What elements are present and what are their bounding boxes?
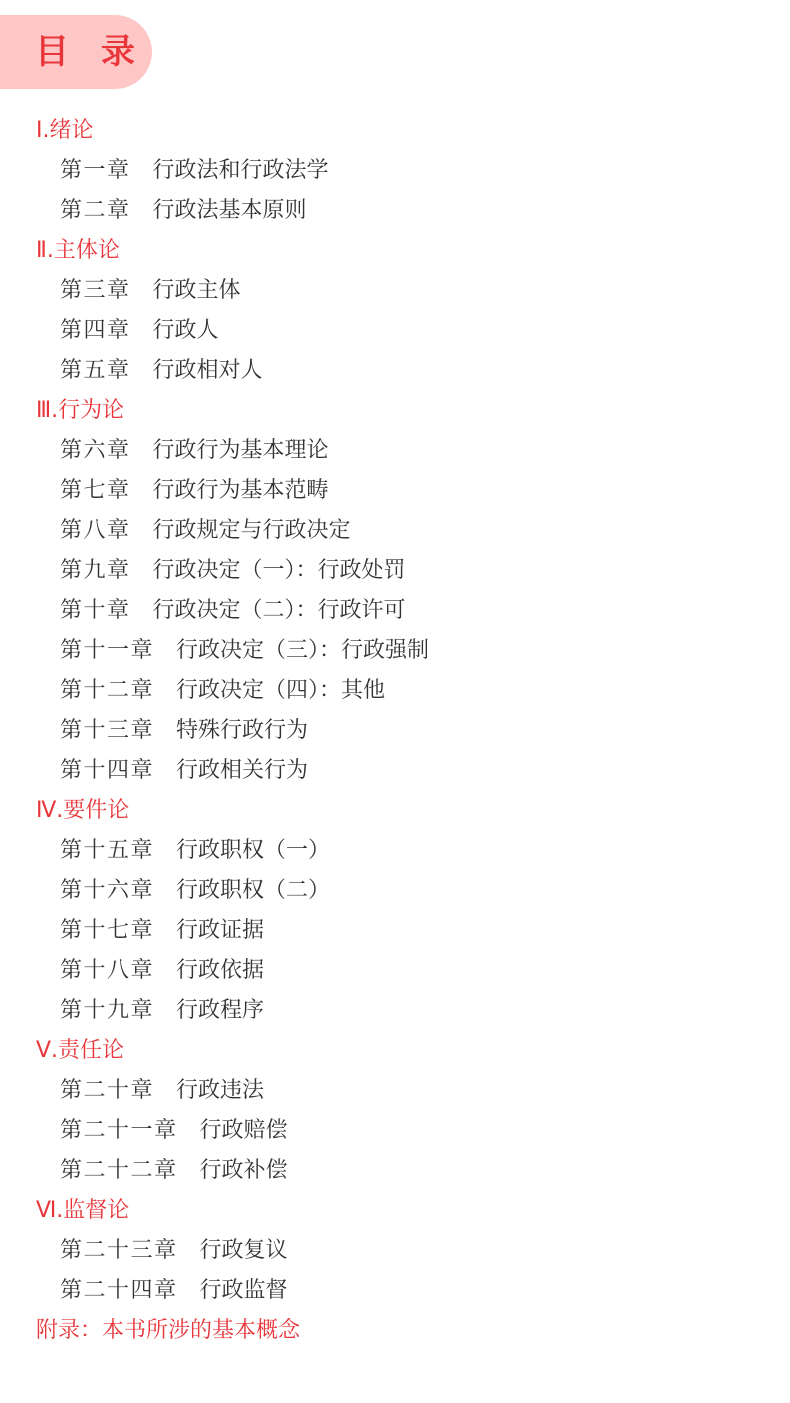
chapter-number: 第二十四章 [60,1271,178,1311]
chapter-title: 行政补偿 [200,1151,288,1191]
chapter-title: 特殊行政行为 [176,711,308,751]
toc-chapter-entry[interactable]: 第十三章特殊行政行为 [0,711,790,751]
chapter-title: 行政职权（二） [176,871,330,911]
toc-chapter-entry[interactable]: 第九章行政决定（一）：行政处罚 [0,551,790,591]
chapter-number: 第十三章 [60,711,154,751]
toc-chapter-entry[interactable]: 第十八章行政依据 [0,951,790,991]
toc-chapter-entry[interactable]: 第二十一章行政赔偿 [0,1111,790,1151]
chapter-number: 第二十章 [60,1071,154,1111]
chapter-title: 行政违法 [176,1071,264,1111]
chapter-title: 行政行为基本理论 [153,431,329,471]
toc-title: 目 录 [35,35,145,69]
toc-chapter-entry[interactable]: 第十五章行政职权（一） [0,831,790,871]
chapter-number: 第十九章 [60,991,154,1031]
toc-section-heading[interactable]: Ⅳ.要件论 [0,791,790,831]
toc-section-heading[interactable]: Ⅴ.责任论 [0,1031,790,1071]
toc-chapter-entry[interactable]: 第六章行政行为基本理论 [0,431,790,471]
toc-title-badge: 目 录 [0,15,152,89]
chapter-number: 第二十一章 [60,1111,178,1151]
toc-chapter-entry[interactable]: 第二十四章行政监督 [0,1271,790,1311]
chapter-title: 行政程序 [176,991,264,1031]
chapter-title: 行政证据 [176,911,264,951]
toc-chapter-entry[interactable]: 第十四章行政相关行为 [0,751,790,791]
toc-section-heading[interactable]: Ⅰ.绪论 [0,111,790,151]
chapter-number: 第七章 [60,471,131,511]
chapter-number: 第十七章 [60,911,154,951]
chapter-title: 行政规定与行政决定 [153,511,351,551]
chapter-title: 行政决定（一）：行政处罚 [153,551,406,591]
toc-section-heading[interactable]: Ⅱ.主体论 [0,231,790,271]
toc-chapter-entry[interactable]: 第五章行政相对人 [0,351,790,391]
chapter-title: 行政行为基本范畴 [153,471,329,511]
chapter-number: 第五章 [60,351,131,391]
chapter-number: 第十四章 [60,751,154,791]
toc-chapter-entry[interactable]: 第十章行政决定（二）：行政许可 [0,591,790,631]
toc-section-heading[interactable]: Ⅲ.行为论 [0,391,790,431]
chapter-number: 第四章 [60,311,131,351]
chapter-title: 行政赔偿 [200,1111,288,1151]
toc-chapter-entry[interactable]: 第十七章行政证据 [0,911,790,951]
chapter-number: 第一章 [60,151,131,191]
chapter-number: 第六章 [60,431,131,471]
table-of-contents: Ⅰ.绪论第一章行政法和行政法学第二章行政法基本原则Ⅱ.主体论第三章行政主体第四章… [0,111,790,1351]
chapter-title: 行政监督 [200,1271,288,1311]
chapter-title: 行政决定（四）：其他 [176,671,385,711]
chapter-title: 行政复议 [200,1231,288,1271]
toc-chapter-entry[interactable]: 第十一章行政决定（三）：行政强制 [0,631,790,671]
chapter-number: 第十章 [60,591,131,631]
chapter-number: 第二十三章 [60,1231,178,1271]
toc-chapter-entry[interactable]: 第二十三章行政复议 [0,1231,790,1271]
toc-chapter-entry[interactable]: 第三章行政主体 [0,271,790,311]
toc-chapter-entry[interactable]: 第十六章行政职权（二） [0,871,790,911]
toc-chapter-entry[interactable]: 第十二章行政决定（四）：其他 [0,671,790,711]
toc-chapter-entry[interactable]: 第一章行政法和行政法学 [0,151,790,191]
toc-section-heading[interactable]: Ⅵ.监督论 [0,1191,790,1231]
chapter-number: 第八章 [60,511,131,551]
toc-section-heading[interactable]: 附录：本书所涉的基本概念 [0,1311,790,1351]
toc-chapter-entry[interactable]: 第四章行政人 [0,311,790,351]
chapter-title: 行政依据 [176,951,264,991]
chapter-number: 第十八章 [60,951,154,991]
chapter-title: 行政相对人 [153,351,263,391]
chapter-title: 行政主体 [153,271,241,311]
chapter-title: 行政人 [153,311,219,351]
toc-chapter-entry[interactable]: 第二章行政法基本原则 [0,191,790,231]
chapter-number: 第十六章 [60,871,154,911]
chapter-number: 第三章 [60,271,131,311]
chapter-number: 第十二章 [60,671,154,711]
toc-chapter-entry[interactable]: 第八章行政规定与行政决定 [0,511,790,551]
chapter-title: 行政决定（三）：行政强制 [176,631,429,671]
chapter-title: 行政决定（二）：行政许可 [153,591,406,631]
chapter-title: 行政法基本原则 [153,191,307,231]
chapter-title: 行政职权（一） [176,831,330,871]
toc-chapter-entry[interactable]: 第二十二章行政补偿 [0,1151,790,1191]
toc-chapter-entry[interactable]: 第七章行政行为基本范畴 [0,471,790,511]
chapter-number: 第二十二章 [60,1151,178,1191]
chapter-title: 行政相关行为 [176,751,308,791]
chapter-number: 第九章 [60,551,131,591]
chapter-number: 第十一章 [60,631,154,671]
toc-chapter-entry[interactable]: 第二十章行政违法 [0,1071,790,1111]
toc-chapter-entry[interactable]: 第十九章行政程序 [0,991,790,1031]
chapter-number: 第二章 [60,191,131,231]
chapter-number: 第十五章 [60,831,154,871]
chapter-title: 行政法和行政法学 [153,151,329,191]
